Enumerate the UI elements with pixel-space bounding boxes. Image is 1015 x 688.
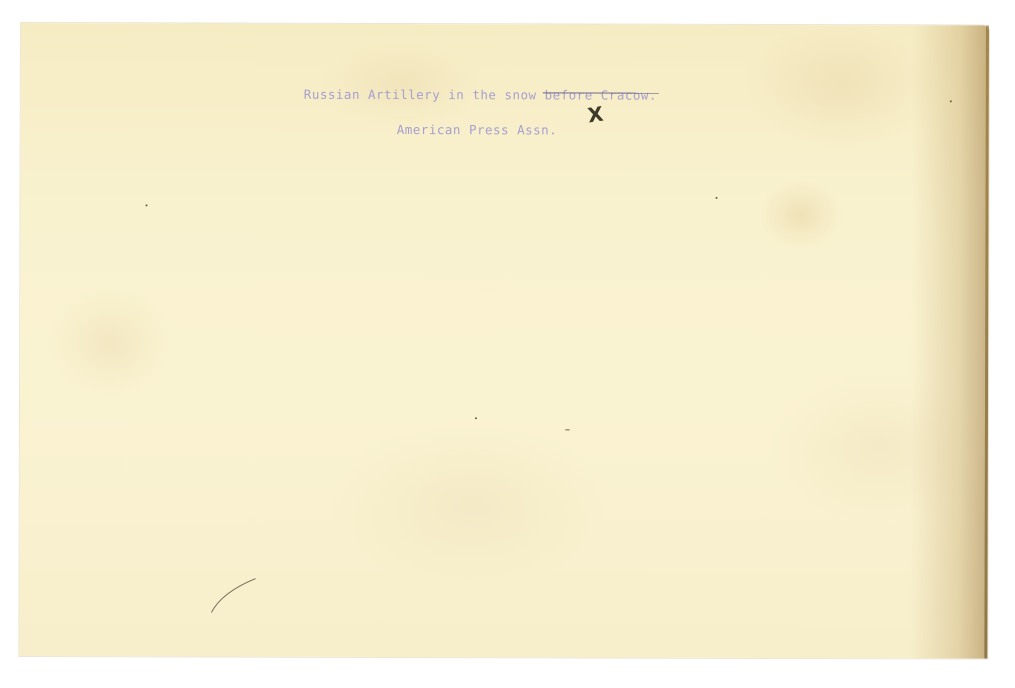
speck (950, 100, 952, 102)
caption-credit: American Press Assn. (397, 122, 558, 137)
speck (475, 417, 477, 419)
scan-background: Russian Artillery in the snow before Cra… (0, 0, 1015, 688)
caption-title: Russian Artillery in the snow (304, 87, 537, 103)
handwritten-x-mark: X (586, 102, 605, 128)
speck (716, 197, 718, 199)
struck-out-text: before Cracow. (545, 87, 657, 102)
caption-line-1: Russian Artillery in the snow before Cra… (304, 87, 657, 103)
photo-back-paper: Russian Artillery in the snow before Cra… (19, 23, 989, 659)
scratch-mark (209, 574, 259, 614)
speck (565, 429, 570, 430)
speck (146, 204, 148, 206)
